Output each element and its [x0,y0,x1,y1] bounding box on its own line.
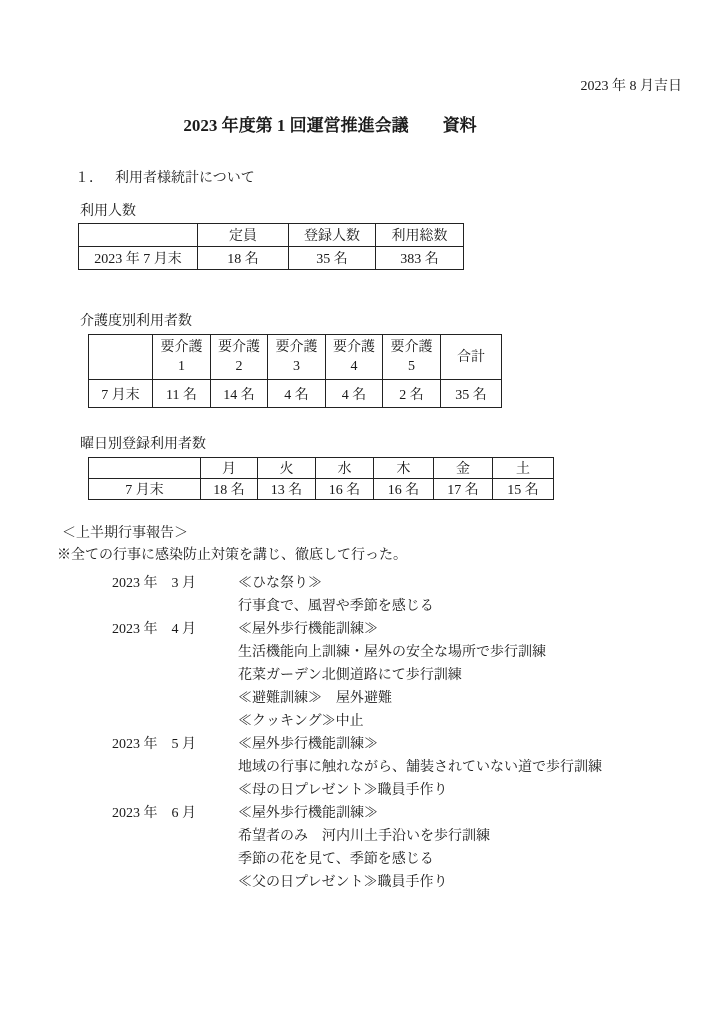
table-header-cell: 合計 [441,335,502,380]
list-item: ≪母の日プレゼント≫職員手作り [0,779,724,802]
table-header-cell: 要介護 2 [211,335,268,380]
table-row: 7 月末 18 名 13 名 16 名 16 名 17 名 15 名 [89,479,554,500]
event-text: 季節の花を見て、季節を感じる [238,852,434,867]
list-item: 生活機能向上訓練・屋外の安全な場所で歩行訓練 [0,641,724,664]
usage-table-label: 利用人数 [80,202,724,221]
table-header-cell: 金 [434,458,493,479]
event-date: 2023 年 3 月 [112,572,238,595]
table-header-cell: 月 [201,458,258,479]
event-date: 2023 年 4 月 [112,618,238,641]
table-data-cell: 16 名 [316,479,374,500]
weekday-table: 月 火 水 木 金 土 7 月末 18 名 13 名 16 名 16 名 17 … [88,457,554,500]
event-text: 希望者のみ 河内川土手沿いを歩行訓練 [238,829,490,844]
events-note: ※全ての行事に感染防止対策を講じ、徹底して行った。 [57,546,724,565]
table-data-cell: 11 名 [153,380,211,408]
event-text: 地域の行事に触れながら、舗装されていない道で歩行訓練 [238,760,602,775]
list-item: 2023 年 5 月≪屋外歩行機能訓練≫ [0,733,724,756]
table-row: 要介護 1 要介護 2 要介護 3 要介護 4 要介護 5 合計 [89,335,502,380]
event-text: ≪屋外歩行機能訓練≫ [238,806,378,821]
list-item: ≪父の日プレゼント≫職員手作り [0,871,724,894]
table-data-cell: 383 名 [376,247,464,270]
table-data-cell: 4 名 [326,380,383,408]
table-header-cell: 要介護 5 [383,335,441,380]
list-item: 季節の花を見て、季節を感じる [0,848,724,871]
list-item: 希望者のみ 河内川土手沿いを歩行訓練 [0,825,724,848]
event-date: 2023 年 6 月 [112,802,238,825]
table-data-cell: 4 名 [268,380,326,408]
table-data-cell: 13 名 [258,479,316,500]
list-item: 2023 年 3 月≪ひな祭り≫ [0,572,724,595]
table-data-cell: 18 名 [198,247,289,270]
list-item: 花菜ガーデン北側道路にて歩行訓練 [0,664,724,687]
event-text: ≪ひな祭り≫ [238,576,322,591]
table-data-cell: 2 名 [383,380,441,408]
event-text: 花菜ガーデン北側道路にて歩行訓練 [238,668,462,683]
document-title: 2023 年度第 1 回運営推進会議 資料 [0,116,660,136]
event-text: 生活機能向上訓練・屋外の安全な場所で歩行訓練 [238,645,546,660]
event-text: ≪クッキング≫中止 [238,714,364,729]
event-text: ≪父の日プレゼント≫職員手作り [238,875,447,890]
table-data-cell: 17 名 [434,479,493,500]
section1-title: 利用者様統計について [115,171,255,186]
event-text: ≪母の日プレゼント≫職員手作り [238,783,447,798]
section1-number: １． [75,169,115,188]
table-header-cell: 要介護 4 [326,335,383,380]
table-data-cell: 35 名 [289,247,376,270]
table-header-cell: 登録人数 [289,224,376,247]
section1-heading: １．利用者様統計について [75,169,724,188]
table-header-cell: 利用総数 [376,224,464,247]
table-row: 月 火 水 木 金 土 [89,458,554,479]
table-header-cell [89,458,201,479]
table-data-cell: 7 月末 [89,479,201,500]
event-text: 行事食で、風習や季節を感じる [238,599,434,614]
table-data-cell: 7 月末 [89,380,153,408]
table-header-cell: 定員 [198,224,289,247]
list-item: 地域の行事に触れながら、舗装されていない道で歩行訓練 [0,756,724,779]
event-date: 2023 年 5 月 [112,733,238,756]
care-level-table-label: 介護度別利用者数 [80,312,724,331]
table-data-cell: 35 名 [441,380,502,408]
table-data-cell: 18 名 [201,479,258,500]
list-item: 2023 年 4 月≪屋外歩行機能訓練≫ [0,618,724,641]
table-data-cell: 2023 年 7 月末 [79,247,198,270]
table-row: 7 月末 11 名 14 名 4 名 4 名 2 名 35 名 [89,380,502,408]
table-header-cell: 木 [374,458,434,479]
care-level-table: 要介護 1 要介護 2 要介護 3 要介護 4 要介護 5 合計 7 月末 11… [88,334,502,408]
table-header-cell: 火 [258,458,316,479]
table-header-cell [79,224,198,247]
weekday-table-label: 曜日別登録利用者数 [80,435,724,454]
document-page: 2023 年 8 月吉日 2023 年度第 1 回運営推進会議 資料 １．利用者… [0,0,724,1024]
document-date: 2023 年 8 月吉日 [0,0,724,95]
list-item: 行事食で、風習や季節を感じる [0,595,724,618]
usage-table: 定員 登録人数 利用総数 2023 年 7 月末 18 名 35 名 383 名 [78,223,464,270]
table-data-cell: 14 名 [211,380,268,408]
table-header-cell [89,335,153,380]
table-data-cell: 15 名 [493,479,554,500]
list-item: 2023 年 6 月≪屋外歩行機能訓練≫ [0,802,724,825]
table-data-cell: 16 名 [374,479,434,500]
events-section-heading: ＜上半期行事報告＞ [62,524,724,543]
table-row: 2023 年 7 月末 18 名 35 名 383 名 [79,247,464,270]
event-text: ≪屋外歩行機能訓練≫ [238,737,378,752]
list-item: ≪クッキング≫中止 [0,710,724,733]
table-header-cell: 要介護 3 [268,335,326,380]
table-row: 定員 登録人数 利用総数 [79,224,464,247]
event-text: ≪避難訓練≫ 屋外避難 [238,691,392,706]
list-item: ≪避難訓練≫ 屋外避難 [0,687,724,710]
events-list: 2023 年 3 月≪ひな祭り≫ 行事食で、風習や季節を感じる 2023 年 4… [0,572,724,894]
event-text: ≪屋外歩行機能訓練≫ [238,622,378,637]
table-header-cell: 水 [316,458,374,479]
table-header-cell: 要介護 1 [153,335,211,380]
table-header-cell: 土 [493,458,554,479]
